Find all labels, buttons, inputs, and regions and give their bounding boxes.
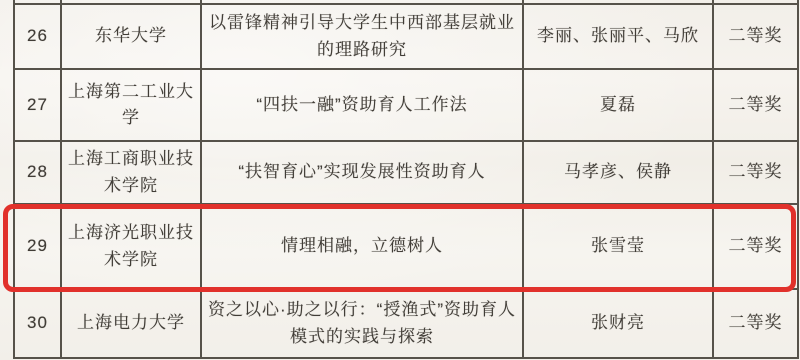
cell-award: 二等奖 [713,204,798,289]
cell-achievement: 以雷锋精神引导大学生中西部基层就业的理路研究 [201,4,523,69]
cell-people: 李丽、张丽平、马欣 [523,4,713,69]
table-row: 30上海电力大学资之以心·助之以行：“授渔式”资助育人模式的实践与探索张财亮二等… [14,289,798,358]
cell-no: 27 [14,69,61,141]
cell-school: 上海工商职业技术学院 [61,141,201,204]
cell-people: 马孝彦、侯静 [523,141,713,204]
cell-achievement: 情理相融，立德树人 [201,204,523,289]
table-row: 28上海工商职业技术学院“扶智育心”实现发展性资助育人马孝彦、侯静二等奖 [14,141,798,204]
cell-achievement: “扶智育心”实现发展性资助育人 [201,141,523,204]
cell-people: 张财亮 [523,289,713,358]
cell-school: 上海电力大学 [61,289,201,358]
cell-award: 二等奖 [713,289,798,358]
scanned-document-page: 26东华大学以雷锋精神引导大学生中西部基层就业的理路研究李丽、张丽平、马欣二等奖… [0,0,800,360]
cell-school: 上海济光职业技术学院 [61,204,201,289]
table-row: 26东华大学以雷锋精神引导大学生中西部基层就业的理路研究李丽、张丽平、马欣二等奖 [14,4,798,69]
cell-achievement: “四扶一融”资助育人工作法 [201,69,523,141]
award-table: 26东华大学以雷锋精神引导大学生中西部基层就业的理路研究李丽、张丽平、马欣二等奖… [13,0,799,359]
cell-school: 上海第二工业大学 [61,69,201,141]
award-table-body: 26东华大学以雷锋精神引导大学生中西部基层就业的理路研究李丽、张丽平、马欣二等奖… [14,0,798,358]
cell-achievement: 资之以心·助之以行：“授渔式”资助育人模式的实践与探索 [201,289,523,358]
table-row: 27上海第二工业大学“四扶一融”资助育人工作法夏磊二等奖 [14,69,798,141]
cell-award: 二等奖 [713,141,798,204]
cell-award: 二等奖 [713,4,798,69]
cell-award: 二等奖 [713,69,798,141]
cell-people: 张雪莹 [523,204,713,289]
table-row: 29上海济光职业技术学院情理相融，立德树人张雪莹二等奖 [14,204,798,289]
cell-no: 28 [14,141,61,204]
cell-no: 29 [14,204,61,289]
cell-school: 东华大学 [61,4,201,69]
cell-no: 30 [14,289,61,358]
cell-people: 夏磊 [523,69,713,141]
cell-no: 26 [14,4,61,69]
